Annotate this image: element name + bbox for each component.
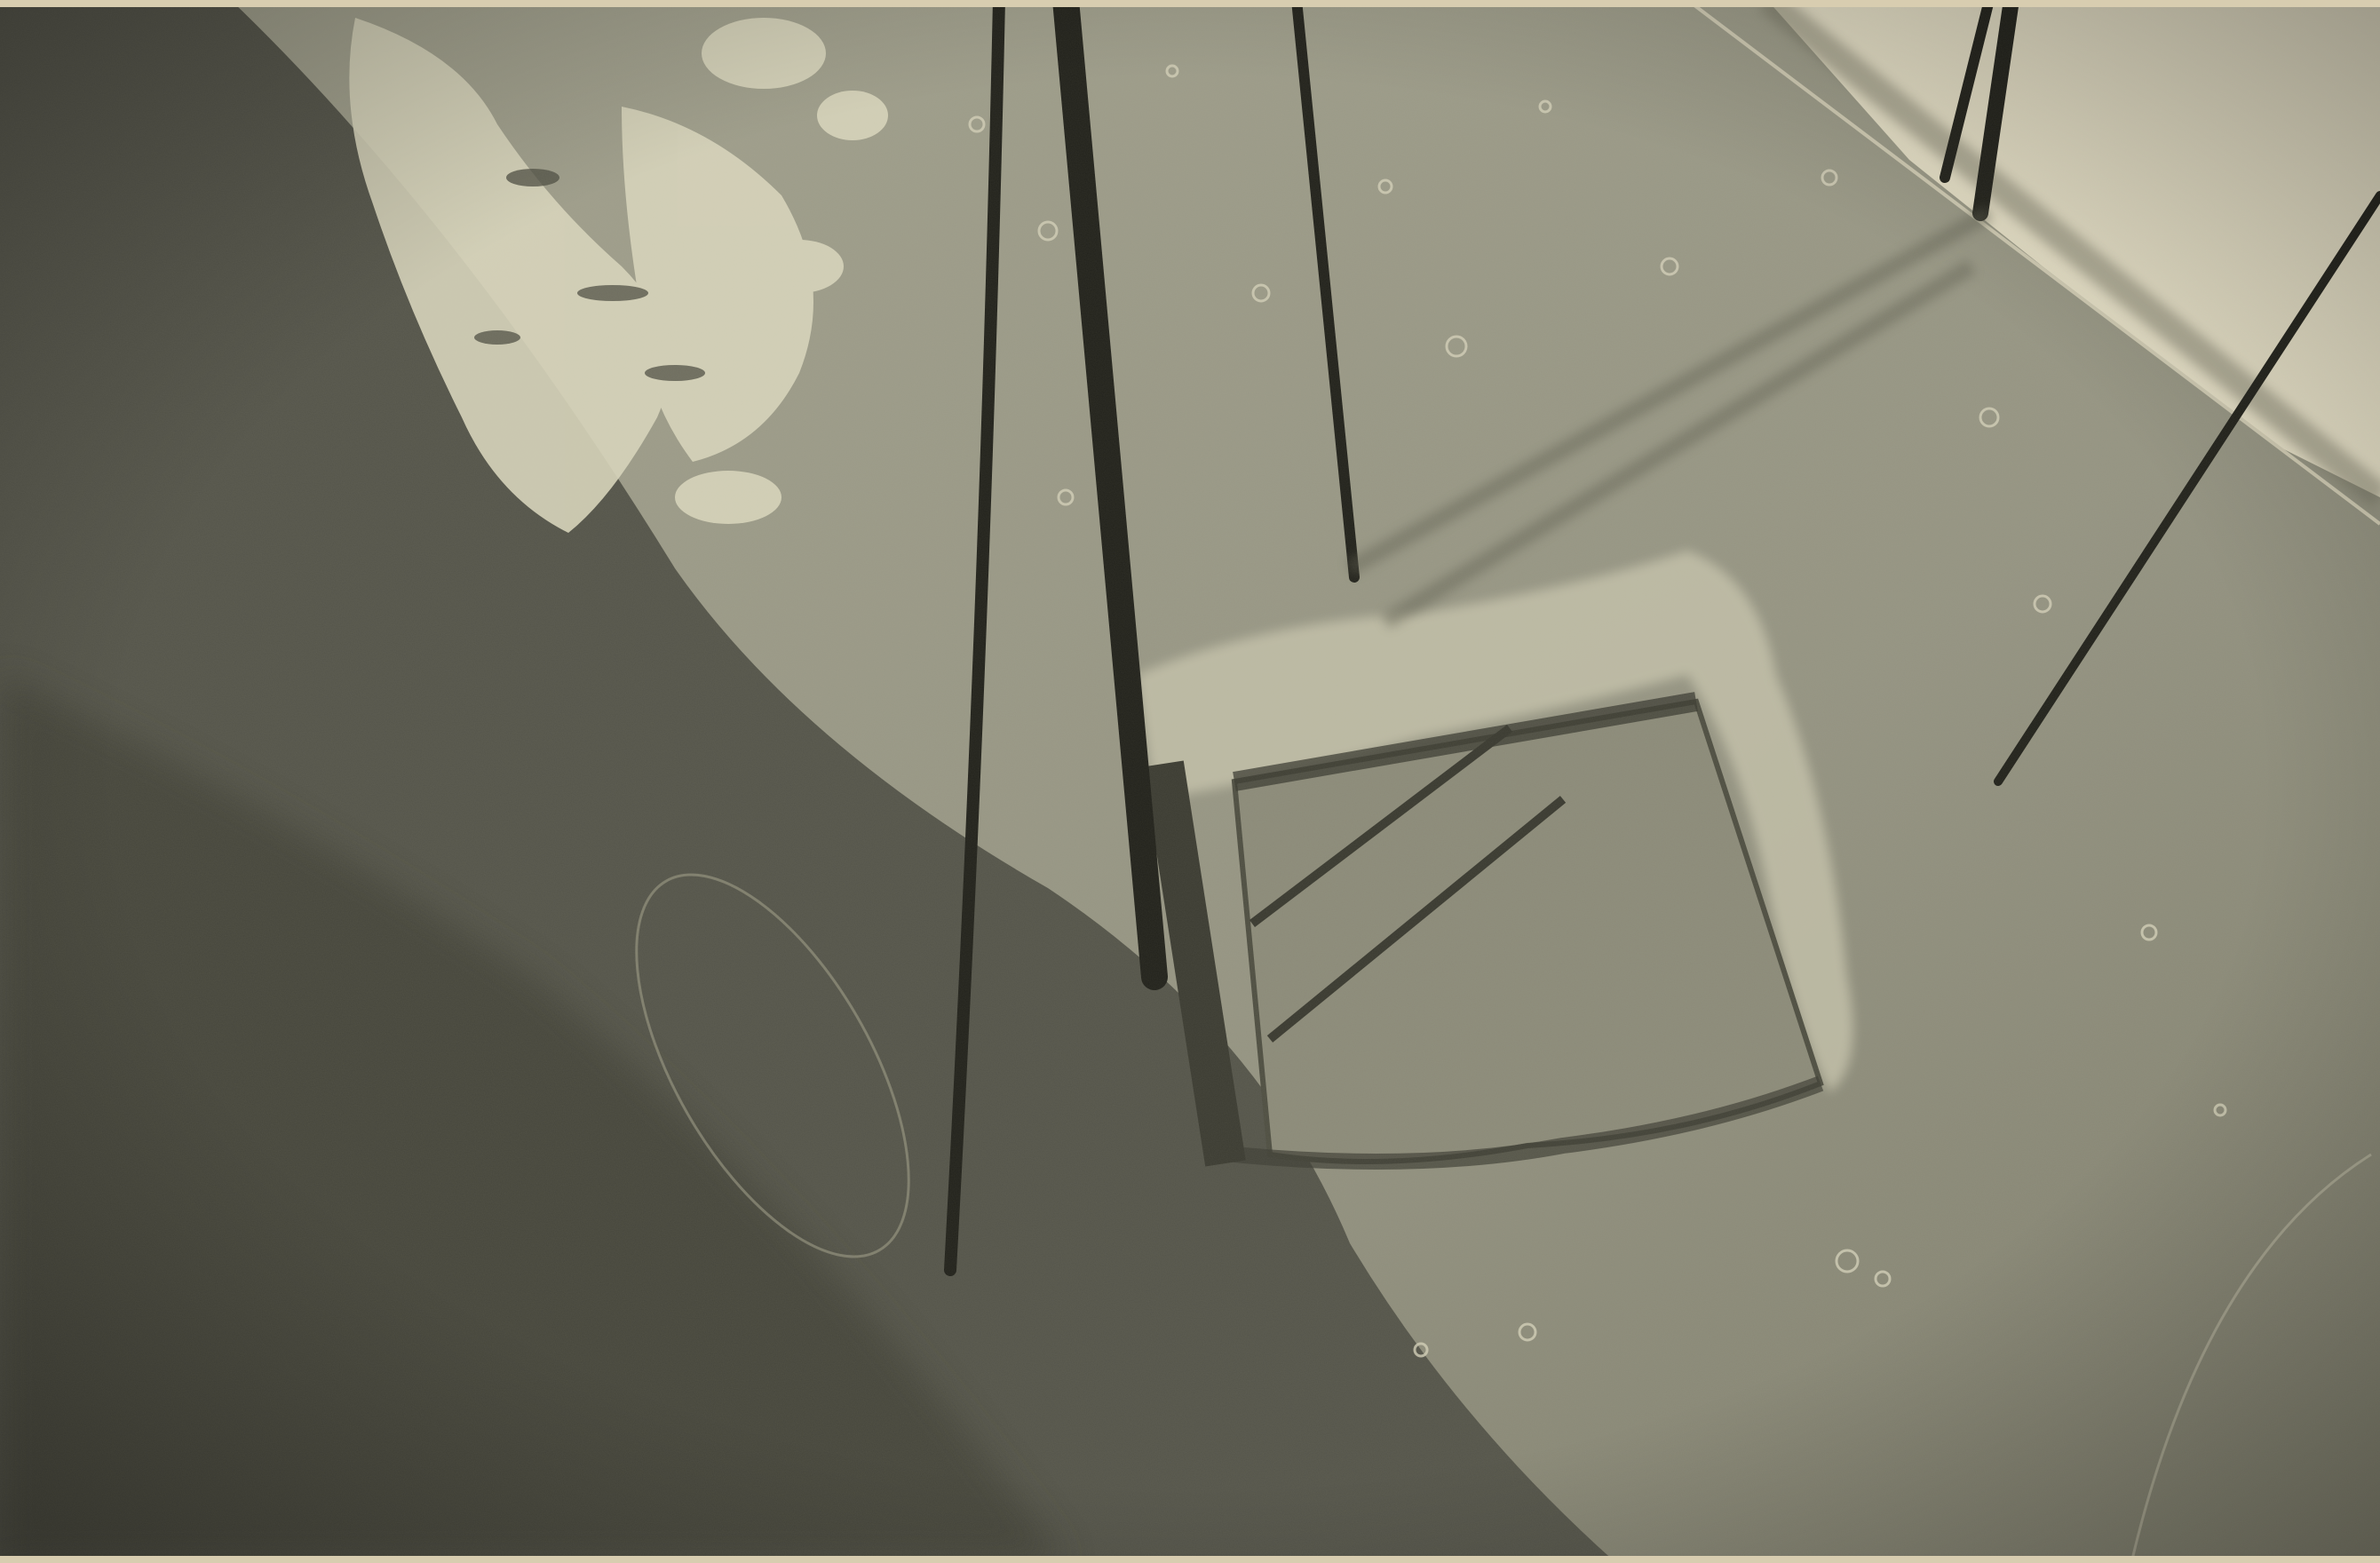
photograph <box>0 0 2380 1563</box>
paper-edge-top <box>0 0 2380 7</box>
paper-edge-bottom <box>0 1556 2380 1563</box>
photo-illustration <box>0 0 2380 1563</box>
